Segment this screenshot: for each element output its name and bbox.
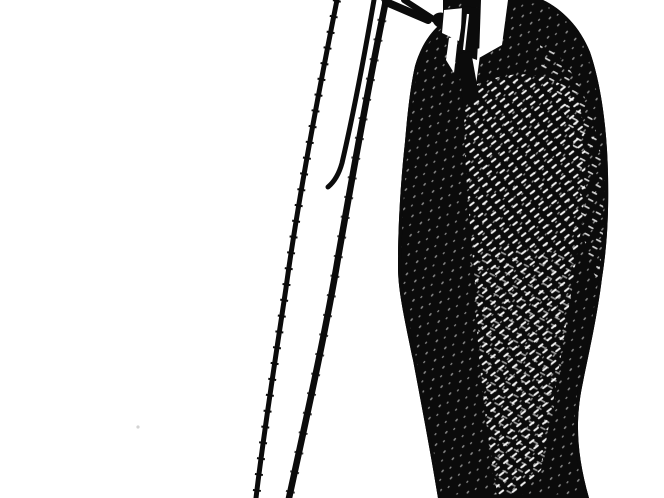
illustration-canvas xyxy=(0,0,664,498)
illustration-svg xyxy=(0,0,664,498)
ink-speck xyxy=(136,425,139,428)
